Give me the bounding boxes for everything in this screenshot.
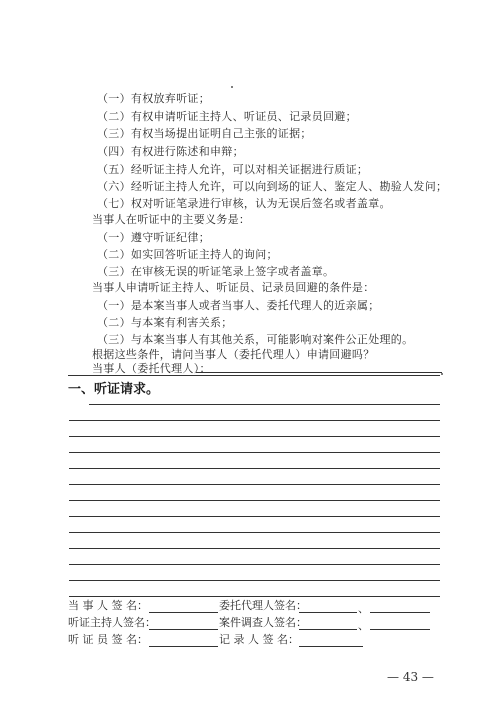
page-number: — 43 — <box>387 670 434 684</box>
obligation-item: （二）如实回答听证主持人的询问； <box>97 248 278 262</box>
recusal-question: 根据这些条件，请问当事人（委托代理人）申请回避吗？ <box>92 348 375 362</box>
recusal-item: （三）与本案当事人有其他关系，可能影响对案件公正处理的。 <box>97 333 413 347</box>
obligations-title: 当事人在听证中的主要义务是： <box>92 213 250 227</box>
writing-line[interactable] <box>89 404 440 405</box>
agent-signature-field-2[interactable] <box>370 601 430 613</box>
host-signature-field[interactable] <box>149 618 218 630</box>
writing-line[interactable] <box>69 596 440 597</box>
agent-signature-label: 委托代理人签名： <box>219 599 307 613</box>
separator: 、 <box>358 617 369 633</box>
speck <box>231 86 233 88</box>
party-signature-field[interactable] <box>149 601 218 613</box>
right-item: （三）有权当场提出证明自己主张的证据； <box>97 127 312 141</box>
right-item: （二）有权申请听证主持人、听证员、记录员回避； <box>97 110 357 124</box>
writing-line[interactable] <box>69 548 440 549</box>
recusal-title: 当事人申请听证主持人、听证员、记录员回避的条件是： <box>92 281 375 295</box>
writing-line[interactable] <box>69 420 440 421</box>
right-item: （五）经听证主持人允许，可以对相关证据进行质证； <box>97 163 368 177</box>
recorder-signature-label: 记 录 人 签 名： <box>219 633 299 647</box>
section-divider <box>68 375 440 376</box>
agent-signature-field-1[interactable] <box>299 601 357 613</box>
writing-line[interactable] <box>69 436 440 437</box>
host-signature-label: 听证主持人签名： <box>68 616 156 630</box>
hearing-officer-signature-label: 听 证 员 签 名： <box>68 633 148 647</box>
speck <box>441 373 443 375</box>
writing-line[interactable] <box>69 468 440 469</box>
party-signature-label: 当 事 人 签 名： <box>68 599 148 613</box>
section-heading: 一、听证请求。 <box>68 378 159 397</box>
right-item: （四）有权进行陈述和申辩； <box>97 145 244 159</box>
investigator-signature-field-2[interactable] <box>370 618 430 630</box>
obligation-item: （三）在审核无误的听证笔录上签字或者盖章。 <box>97 265 334 279</box>
writing-line[interactable] <box>69 564 440 565</box>
separator: 、 <box>358 600 369 616</box>
respondent-answer-line[interactable] <box>196 372 442 373</box>
respondent-label: 当事人（委托代理人）： <box>92 362 211 376</box>
writing-line[interactable] <box>69 580 440 581</box>
hearing-officer-signature-field[interactable] <box>149 635 218 647</box>
investigator-signature-field-1[interactable] <box>299 618 357 630</box>
writing-line[interactable] <box>69 532 440 533</box>
right-item: （七）权对听证笔录进行审核，认为无误后签名或者盖章。 <box>97 197 391 211</box>
recorder-signature-field[interactable] <box>299 635 363 647</box>
obligation-item: （一）遵守听证纪律； <box>97 231 210 245</box>
writing-line[interactable] <box>69 500 440 501</box>
right-item: （六）经听证主持人允许，可以向到场的证人、鉴定人、勘验人发问； <box>97 180 447 194</box>
writing-line[interactable] <box>69 484 440 485</box>
right-item: （一）有权放弃听证； <box>97 92 210 106</box>
writing-line[interactable] <box>69 452 440 453</box>
writing-line[interactable] <box>69 516 440 517</box>
recusal-item: （二）与本案有利害关系； <box>97 316 233 330</box>
recusal-item: （一）是本案当事人或者当事人、委托代理人的近亲属； <box>97 299 380 313</box>
investigator-signature-label: 案件调查人签名： <box>219 616 307 630</box>
